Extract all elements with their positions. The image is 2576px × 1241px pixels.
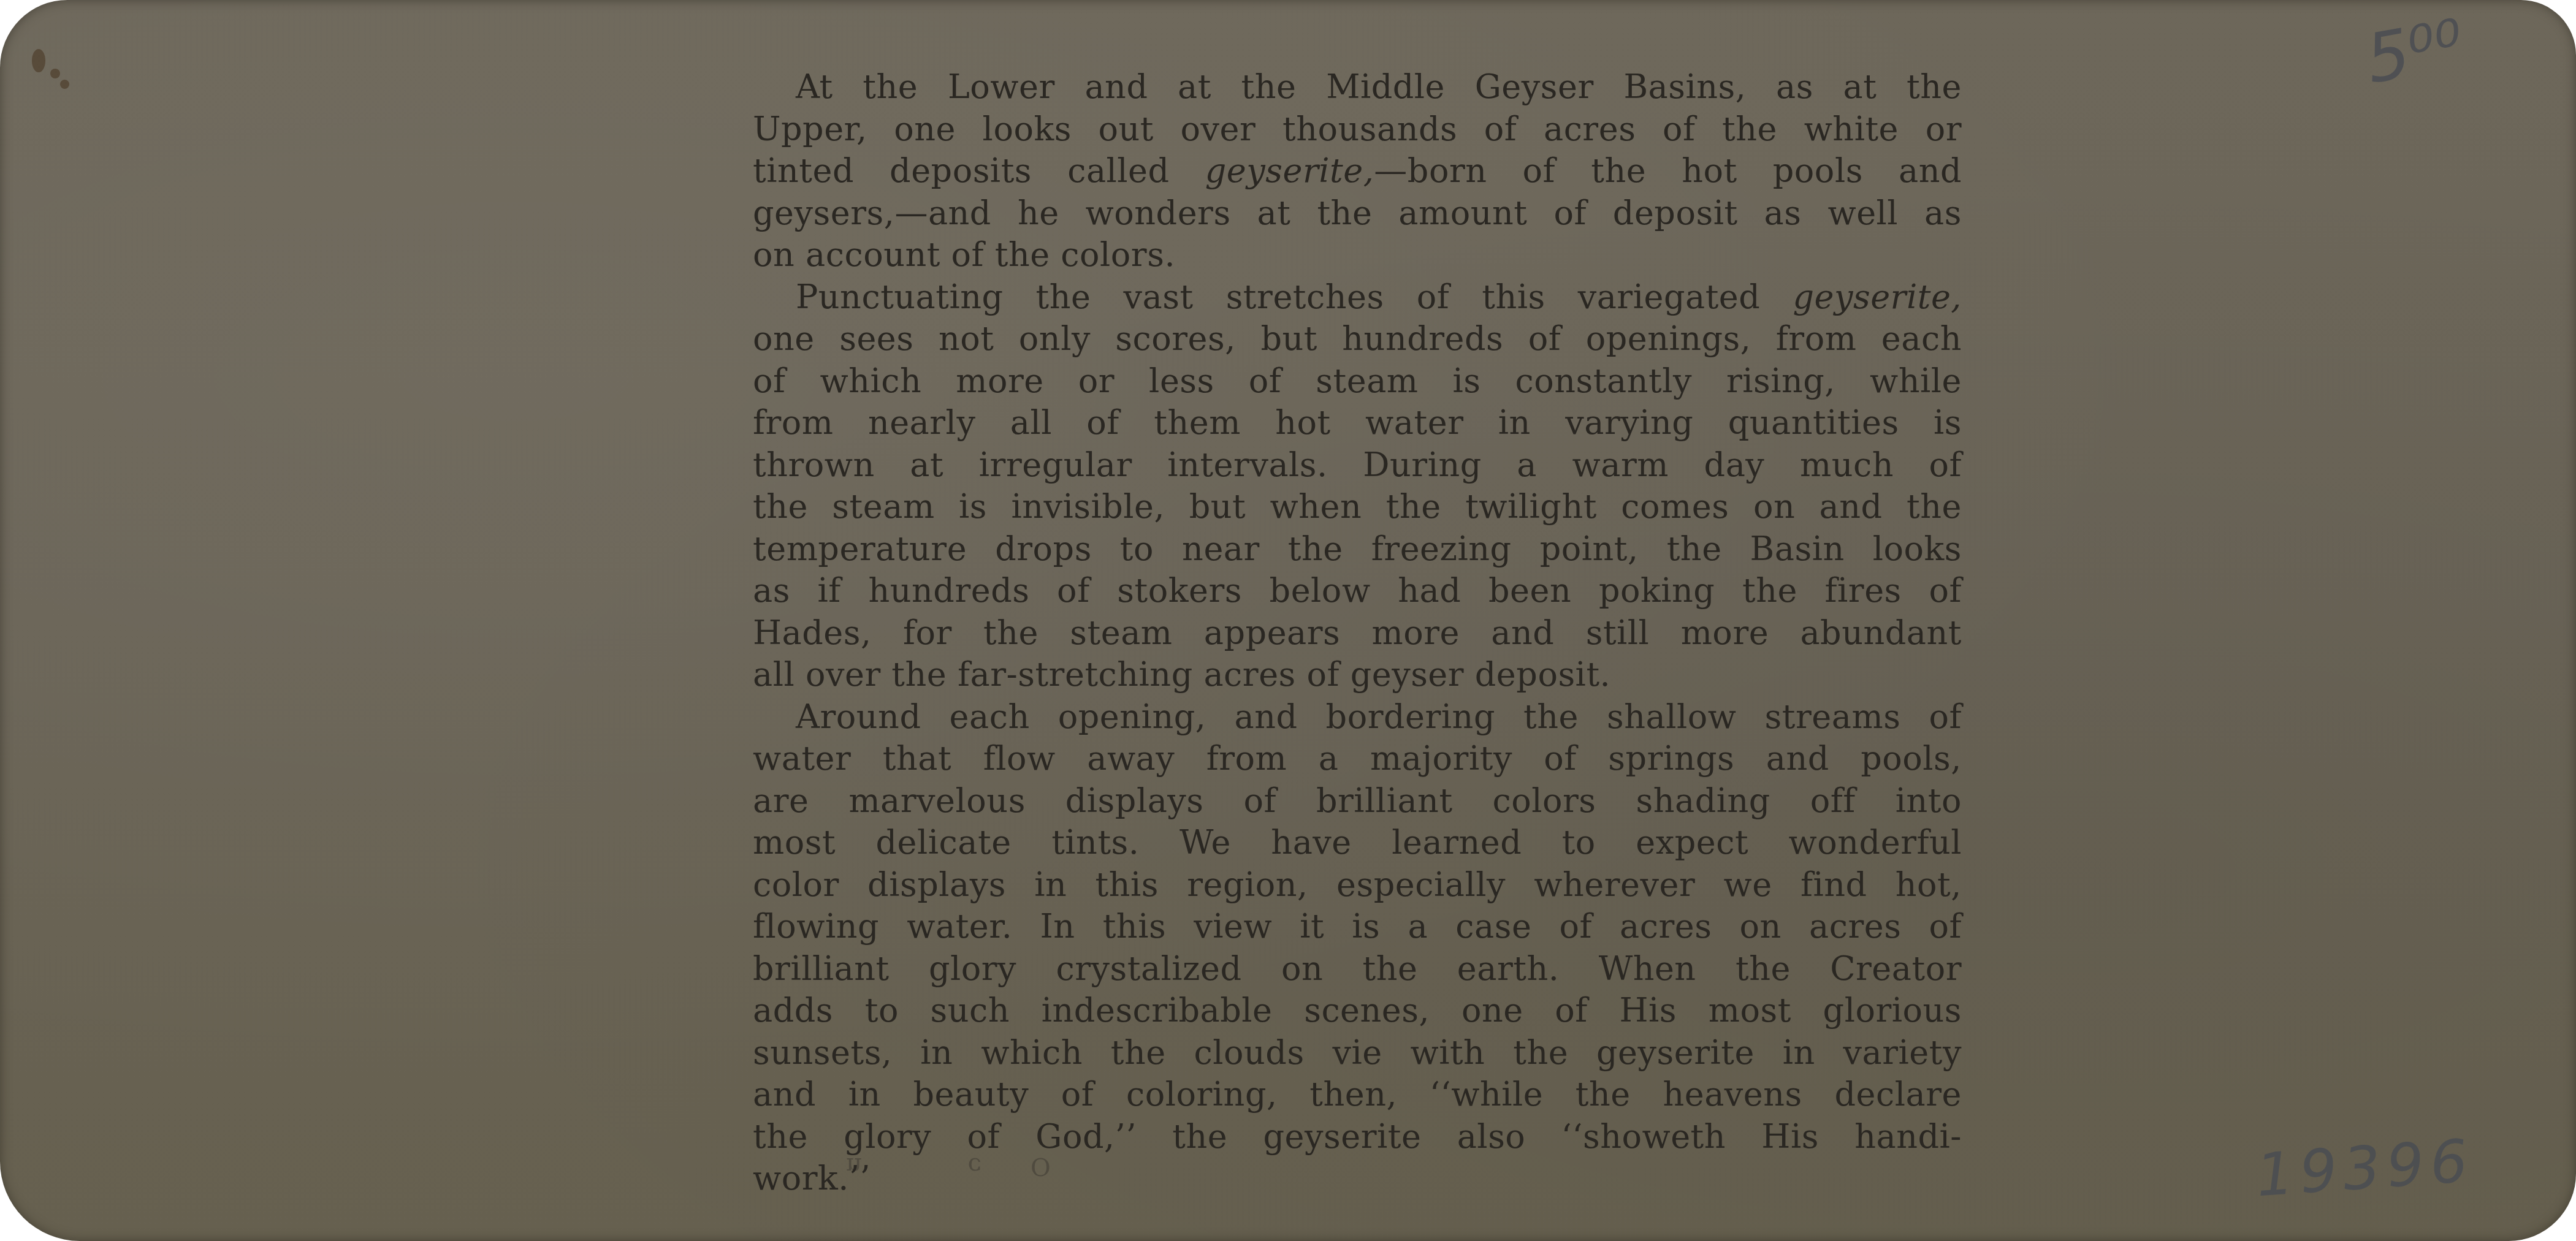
text-segment: tinted deposits called [753, 151, 1205, 190]
text-line: adds to such indescribable scenes, one o… [753, 990, 1962, 1032]
text-segment: Hades, for the steam appears more and st… [753, 613, 1962, 652]
text-segment: Punctuating the vast stretches of this v… [796, 278, 1793, 316]
text-line: are marvelous displays of brilliant colo… [753, 780, 1962, 822]
text-segment: At the Lower and at the Middle Geyser Ba… [796, 67, 1962, 106]
text-line: from nearly all of them hot water in var… [753, 402, 1962, 444]
text-segment: from nearly all of them hot water in var… [753, 403, 1962, 442]
text-line: geysers,—and he wonders at the amount of… [753, 192, 1962, 235]
text-line: brilliant glory crystalized on the earth… [753, 948, 1962, 990]
text-segment: are marvelous displays of brilliant colo… [753, 781, 1962, 820]
text-line: Punctuating the vast stretches of this v… [753, 276, 1962, 319]
stain-mark [32, 49, 45, 72]
text-segment: water that flow away from a majority of … [753, 739, 1962, 778]
text-line: At the Lower and at the Middle Geyser Ba… [753, 66, 1962, 108]
text-segment: —born of the hot pools and [1374, 151, 1962, 190]
text-segment: as if hundreds of stokers below had been… [753, 571, 1962, 610]
text-line: one sees not only scores, but hundreds o… [753, 318, 1962, 360]
text-line: all over the far-stretching acres of gey… [753, 654, 1962, 696]
text-line: thrown at irregular intervals. During a … [753, 444, 1962, 487]
text-segment: the steam is invisible, but when the twi… [753, 487, 1962, 526]
text-segment: on account of the colors. [753, 235, 1175, 274]
text-segment: most delicate tints. We have learned to … [753, 823, 1962, 862]
text-line: sunsets, in which the clouds vie with th… [753, 1032, 1962, 1074]
text-line: Hades, for the steam appears more and st… [753, 612, 1962, 655]
text-line: water that flow away from a majority of … [753, 738, 1962, 780]
italic-term: geyserite, [1205, 151, 1374, 190]
text-line: most delicate tints. We have learned to … [753, 822, 1962, 864]
stereoview-card-back: At the Lower and at the Middle Geyser Ba… [0, 0, 2576, 1241]
text-line: tinted deposits called geyserite,—born o… [753, 150, 1962, 192]
text-segment: Around each opening, and bordering the s… [796, 697, 1962, 736]
text-line: temperature drops to near the freezing p… [753, 528, 1962, 571]
body-text: At the Lower and at the Middle Geyser Ba… [753, 66, 1962, 1200]
stain-mark [50, 69, 60, 78]
handwritten-price: 5⁰⁰ [2360, 4, 2469, 99]
offset-print-marks: n cO [846, 1152, 1100, 1180]
stain-mark [60, 80, 69, 89]
text-segment: flowing water. In this view it is a case… [753, 907, 1962, 946]
text-line: flowing water. In this view it is a case… [753, 906, 1962, 948]
text-segment: adds to such indescribable scenes, one o… [753, 991, 1962, 1030]
text-segment: and in beauty of coloring, then, ‘‘while… [753, 1075, 1962, 1114]
text-segment: one sees not only scores, but hundreds o… [753, 319, 1962, 358]
text-segment: sunsets, in which the clouds vie with th… [753, 1033, 1962, 1072]
text-line: as if hundreds of stokers below had been… [753, 570, 1962, 612]
text-segment: color displays in this region, especiall… [753, 865, 1962, 904]
text-line: on account of the colors. [753, 234, 1962, 276]
text-line: the glory of God,’’ the geyserite also ‘… [753, 1116, 1962, 1158]
handwritten-catalog-number: 19396 [2254, 1126, 2476, 1210]
text-segment: thrown at irregular intervals. During a … [753, 446, 1962, 484]
text-line: Upper, one looks out over thousands of a… [753, 108, 1962, 151]
text-segment: brilliant glory crystalized on the earth… [753, 949, 1962, 988]
text-segment: of which more or less of steam is consta… [753, 362, 1962, 400]
text-line: and in beauty of coloring, then, ‘‘while… [753, 1074, 1962, 1116]
text-segment: temperature drops to near the freezing p… [753, 529, 1962, 568]
italic-term: geyserite, [1793, 278, 1962, 316]
text-line: of which more or less of steam is consta… [753, 360, 1962, 403]
text-line: the steam is invisible, but when the twi… [753, 486, 1962, 528]
text-segment: Upper, one looks out over thousands of a… [753, 110, 1962, 148]
text-segment: all over the far-stretching acres of gey… [753, 655, 1610, 694]
text-segment: the glory of God,’’ the geyserite also ‘… [753, 1117, 1962, 1156]
text-line: color displays in this region, especiall… [753, 864, 1962, 906]
text-line: Around each opening, and bordering the s… [753, 696, 1962, 738]
text-segment: geysers,—and he wonders at the amount of… [753, 194, 1962, 232]
